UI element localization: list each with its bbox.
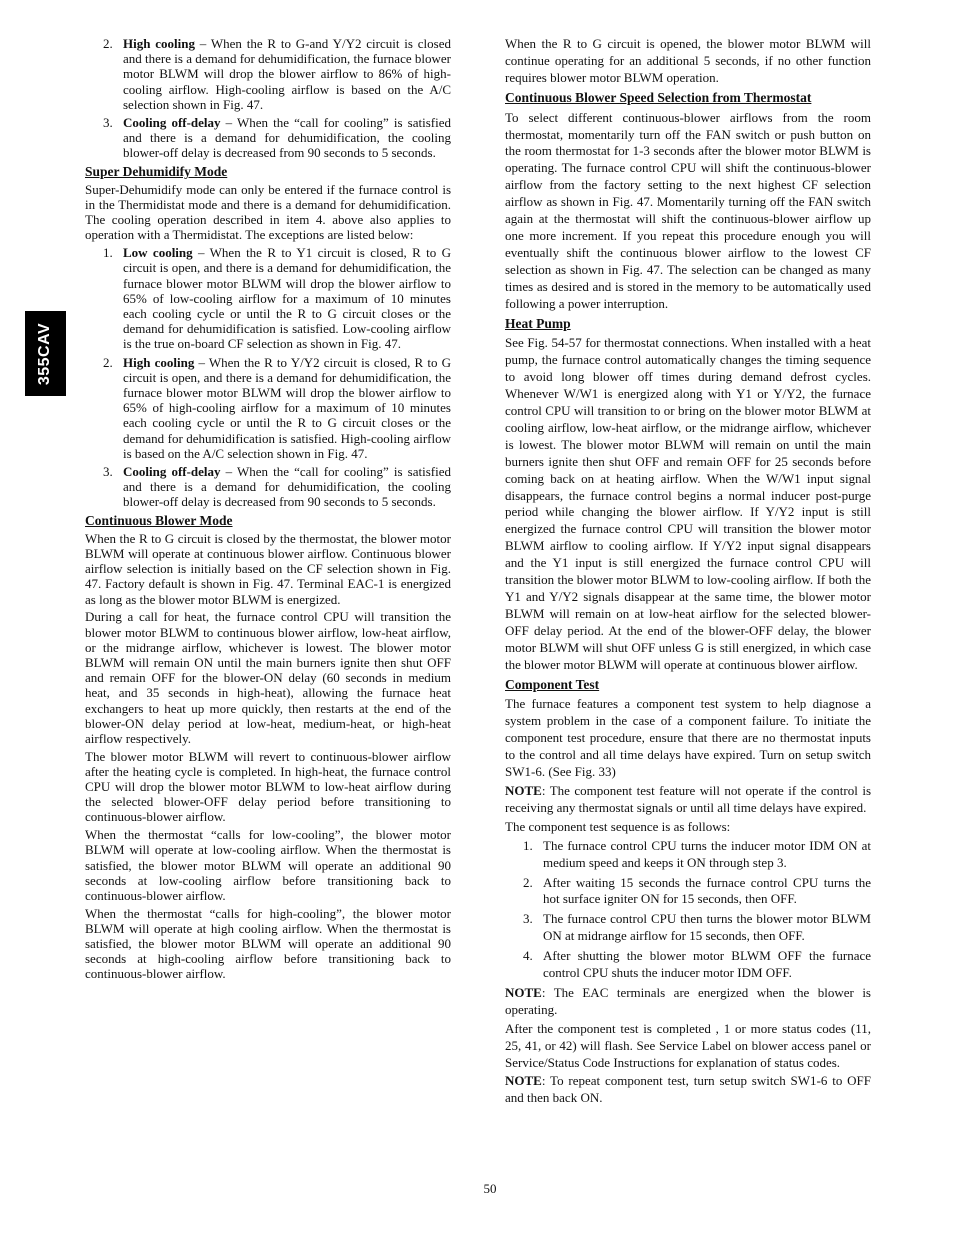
paragraph: When the R to G circuit is opened, the b… (505, 36, 871, 87)
list-item-body: – When the R to Y/Y2 circuit is closed, … (123, 355, 451, 461)
paragraph: The component test sequence is as follow… (505, 819, 871, 836)
section-heading: Continuous Blower Speed Selection from T… (505, 90, 871, 107)
list-item: 1. Low cooling – When the R to Y1 circui… (85, 245, 451, 351)
list-text: The furnace control CPU turns the induce… (543, 838, 871, 872)
note-text: : To repeat component test, turn setup s… (505, 1073, 871, 1105)
list-text: Cooling off-delay – When the “call for c… (123, 115, 451, 161)
paragraph: When the R to G circuit is closed by the… (85, 531, 451, 607)
section-heading: Super Dehumidify Mode (85, 164, 451, 179)
note-paragraph: NOTE: To repeat component test, turn set… (505, 1073, 871, 1107)
list-item-lead: High cooling (123, 355, 194, 370)
note-label: NOTE (505, 783, 542, 798)
note-paragraph: NOTE: The component test feature will no… (505, 783, 871, 817)
list-number: 3. (523, 911, 543, 945)
list-item: 1. The furnace control CPU turns the ind… (505, 838, 871, 872)
side-tab-355cav: 355CAV (25, 311, 66, 396)
list-item: 2. After waiting 15 seconds the furnace … (505, 875, 871, 909)
paragraph: The furnace features a component test sy… (505, 696, 871, 781)
page-content: 2. High cooling – When the R to G-and Y/… (85, 36, 871, 1109)
list-number: 1. (103, 245, 123, 351)
right-column: When the R to G circuit is opened, the b… (505, 36, 871, 1109)
side-tab-label: 355CAV (37, 322, 55, 384)
left-column: 2. High cooling – When the R to G-and Y/… (85, 36, 451, 1109)
note-paragraph: NOTE: The EAC terminals are energized wh… (505, 985, 871, 1019)
list-item: 4. After shutting the blower motor BLWM … (505, 948, 871, 982)
list-text: High cooling – When the R to Y/Y2 circui… (123, 355, 451, 461)
paragraph: When the thermostat “calls for high-cool… (85, 906, 451, 982)
document-page: 355CAV 2. High cooling – When the R to G… (0, 0, 954, 1235)
list-item-lead: Cooling off-delay (123, 464, 221, 479)
list-number: 1. (523, 838, 543, 872)
section-heading: Heat Pump (505, 316, 871, 333)
list-number: 2. (103, 36, 123, 112)
section-heading: Continuous Blower Mode (85, 513, 451, 528)
list-item: 2. High cooling – When the R to G-and Y/… (85, 36, 451, 112)
list-text: Low cooling – When the R to Y1 circuit i… (123, 245, 451, 351)
paragraph: After the component test is completed , … (505, 1021, 871, 1072)
list-number: 3. (103, 115, 123, 161)
paragraph: The blower motor BLWM will revert to con… (85, 749, 451, 825)
note-text: : The component test feature will not op… (505, 783, 871, 815)
paragraph: During a call for heat, the furnace cont… (85, 609, 451, 746)
paragraph: See Fig. 54-57 for thermostat connection… (505, 335, 871, 673)
list-item: 3. Cooling off-delay – When the “call fo… (85, 464, 451, 510)
list-number: 2. (523, 875, 543, 909)
paragraph: Super-Dehumidify mode can only be entere… (85, 182, 451, 243)
note-label: NOTE (505, 985, 542, 1000)
list-number: 4. (523, 948, 543, 982)
list-number: 3. (103, 464, 123, 510)
list-text: High cooling – When the R to G-and Y/Y2 … (123, 36, 451, 112)
list-item-lead: Low cooling (123, 245, 193, 260)
list-number: 2. (103, 355, 123, 461)
list-text: Cooling off-delay – When the “call for c… (123, 464, 451, 510)
list-item: 2. High cooling – When the R to Y/Y2 cir… (85, 355, 451, 461)
list-text: The furnace control CPU then turns the b… (543, 911, 871, 945)
list-text: After shutting the blower motor BLWM OFF… (543, 948, 871, 982)
list-item-lead: High cooling (123, 36, 195, 51)
page-number: 50 (85, 1181, 895, 1197)
note-label: NOTE (505, 1073, 542, 1088)
list-item-body: – When the R to Y1 circuit is closed, R … (123, 245, 451, 351)
section-heading: Component Test (505, 677, 871, 694)
note-text: : The EAC terminals are energized when t… (505, 985, 871, 1017)
paragraph: When the thermostat “calls for low-cooli… (85, 827, 451, 903)
list-item: 3. The furnace control CPU then turns th… (505, 911, 871, 945)
list-item: 3. Cooling off-delay – When the “call fo… (85, 115, 451, 161)
list-item-lead: Cooling off-delay (123, 115, 221, 130)
list-text: After waiting 15 seconds the furnace con… (543, 875, 871, 909)
paragraph: To select different continuous-blower ai… (505, 110, 871, 313)
